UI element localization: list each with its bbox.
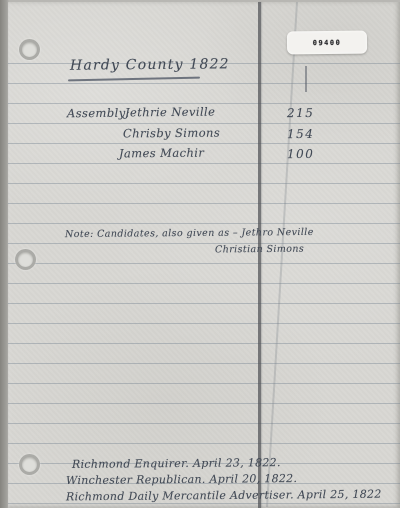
source-citation: Winchester Republican. April 20, 1822. xyxy=(66,472,297,487)
catalog-number: 09400 xyxy=(313,38,342,46)
hole-punch xyxy=(19,454,40,475)
candidate-votes: 154 xyxy=(287,127,315,141)
source-citation: Richmond Enquirer. April 23, 1822. xyxy=(72,456,281,471)
note-line: Christian Simons xyxy=(215,244,304,256)
candidate-votes: 100 xyxy=(287,147,315,161)
hole-punch xyxy=(19,39,40,60)
candidate-name: Chrisby Simons xyxy=(123,126,220,141)
catalog-label: 09400 xyxy=(287,31,367,55)
candidate-votes: 215 xyxy=(287,106,315,120)
source-citation: Richmond Daily Mercantile Advertiser. Ap… xyxy=(66,488,382,504)
candidate-name: James Machir xyxy=(119,146,204,161)
hole-punch xyxy=(15,249,36,270)
note-line: Note: Candidates, also given as – Jethro… xyxy=(65,227,314,240)
page-title: Hardy County 1822 xyxy=(70,56,230,73)
notebook-paper: 09400 Hardy County 1822 Assembly: Jethri… xyxy=(8,2,400,508)
column-tick-mark xyxy=(305,66,307,92)
office-label: Assembly: xyxy=(67,106,130,121)
scanned-page: 09400 Hardy County 1822 Assembly: Jethri… xyxy=(0,0,400,508)
candidate-name: Jethrie Neville xyxy=(125,105,215,120)
